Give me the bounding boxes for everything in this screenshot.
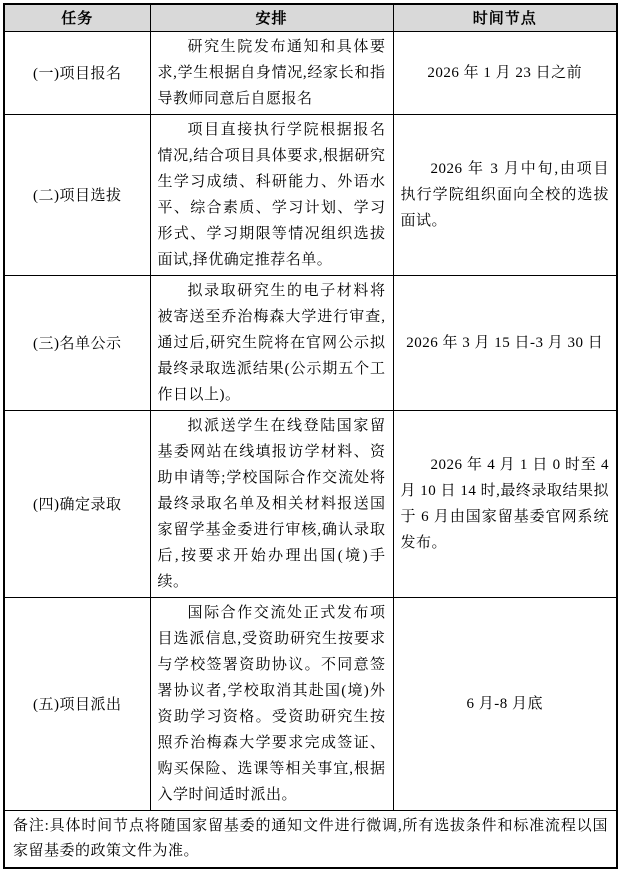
time-text: 2026 年 3 月中旬,由项目执行学院组织面向全校的选拔面试。 bbox=[401, 156, 610, 234]
arrangement-text: 拟录取研究生的电子材料将被寄送至乔治梅森大学进行审查,通过后,研究生院将在官网公… bbox=[158, 278, 386, 408]
table-row: (五)项目派出 国际合作交流处正式发布项目选派信息,受资助研究生按要求与学校签署… bbox=[4, 597, 617, 810]
time-text: 6 月-8 月底 bbox=[401, 692, 610, 716]
task-cell: (五)项目派出 bbox=[4, 597, 150, 810]
arrangement-cell: 拟录取研究生的电子材料将被寄送至乔治梅森大学进行审查,通过后,研究生院将在官网公… bbox=[150, 275, 393, 410]
time-cell: 2026 年 4 月 1 日 0 时至 4 月 10 日 14 时,最终录取结果… bbox=[393, 410, 617, 597]
arrangement-text: 项目直接执行学院根据报名情况,结合项目具体要求,根据研究生学习成绩、科研能力、外… bbox=[158, 117, 386, 273]
time-text: 2026 年 1 月 23 日之前 bbox=[401, 61, 610, 85]
arrangement-text: 拟派送学生在线登陆国家留基委网站在线填报访学材料、资助申请等;学校国际合作交流处… bbox=[158, 413, 386, 595]
time-text: 2026 年 3 月 15 日-3 月 30 日 bbox=[401, 331, 610, 355]
task-cell: (二)项目选拔 bbox=[4, 114, 150, 275]
arrangement-text: 研究生院发布通知和具体要求,学生根据自身情况,经家长和指导教师同意后自愿报名 bbox=[158, 34, 386, 112]
table-header-row: 任务 安排 时间节点 bbox=[4, 4, 617, 31]
header-task: 任务 bbox=[4, 4, 150, 31]
time-cell: 2026 年 3 月中旬,由项目执行学院组织面向全校的选拔面试。 bbox=[393, 114, 617, 275]
document-page: 任务 安排 时间节点 (一)项目报名 研究生院发布通知和具体要求,学生根据自身情… bbox=[0, 0, 619, 841]
time-cell: 2026 年 3 月 15 日-3 月 30 日 bbox=[393, 275, 617, 410]
task-cell: (一)项目报名 bbox=[4, 31, 150, 114]
table-row: (二)项目选拔 项目直接执行学院根据报名情况,结合项目具体要求,根据研究生学习成… bbox=[4, 114, 617, 275]
task-cell: (三)名单公示 bbox=[4, 275, 150, 410]
arrangement-cell: 研究生院发布通知和具体要求,学生根据自身情况,经家长和指导教师同意后自愿报名 bbox=[150, 31, 393, 114]
table-row: (一)项目报名 研究生院发布通知和具体要求,学生根据自身情况,经家长和指导教师同… bbox=[4, 31, 617, 114]
arrangement-cell: 国际合作交流处正式发布项目选派信息,受资助研究生按要求与学校签署资助协议。不同意… bbox=[150, 597, 393, 810]
arrangement-cell: 项目直接执行学院根据报名情况,结合项目具体要求,根据研究生学习成绩、科研能力、外… bbox=[150, 114, 393, 275]
table-row: (四)确定录取 拟派送学生在线登陆国家留基委网站在线填报访学材料、资助申请等;学… bbox=[4, 410, 617, 597]
arrangement-text: 国际合作交流处正式发布项目选派信息,受资助研究生按要求与学校签署资助协议。不同意… bbox=[158, 600, 386, 808]
task-cell: (四)确定录取 bbox=[4, 410, 150, 597]
note-text: 备注:具体时间节点将随国家留基委的通知文件进行微调,所有选拔条件和标准流程以国家… bbox=[13, 814, 608, 864]
table-row: (三)名单公示 拟录取研究生的电子材料将被寄送至乔治梅森大学进行审查,通过后,研… bbox=[4, 275, 617, 410]
time-text: 2026 年 4 月 1 日 0 时至 4 月 10 日 14 时,最终录取结果… bbox=[401, 452, 610, 556]
time-cell: 2026 年 1 月 23 日之前 bbox=[393, 31, 617, 114]
header-time: 时间节点 bbox=[393, 4, 617, 31]
note-cell: 备注:具体时间节点将随国家留基委的通知文件进行微调,所有选拔条件和标准流程以国家… bbox=[4, 810, 617, 868]
time-cell: 6 月-8 月底 bbox=[393, 597, 617, 810]
schedule-table: 任务 安排 时间节点 (一)项目报名 研究生院发布通知和具体要求,学生根据自身情… bbox=[3, 3, 618, 869]
arrangement-cell: 拟派送学生在线登陆国家留基委网站在线填报访学材料、资助申请等;学校国际合作交流处… bbox=[150, 410, 393, 597]
header-arrangement: 安排 bbox=[150, 4, 393, 31]
note-row: 备注:具体时间节点将随国家留基委的通知文件进行微调,所有选拔条件和标准流程以国家… bbox=[4, 810, 617, 868]
